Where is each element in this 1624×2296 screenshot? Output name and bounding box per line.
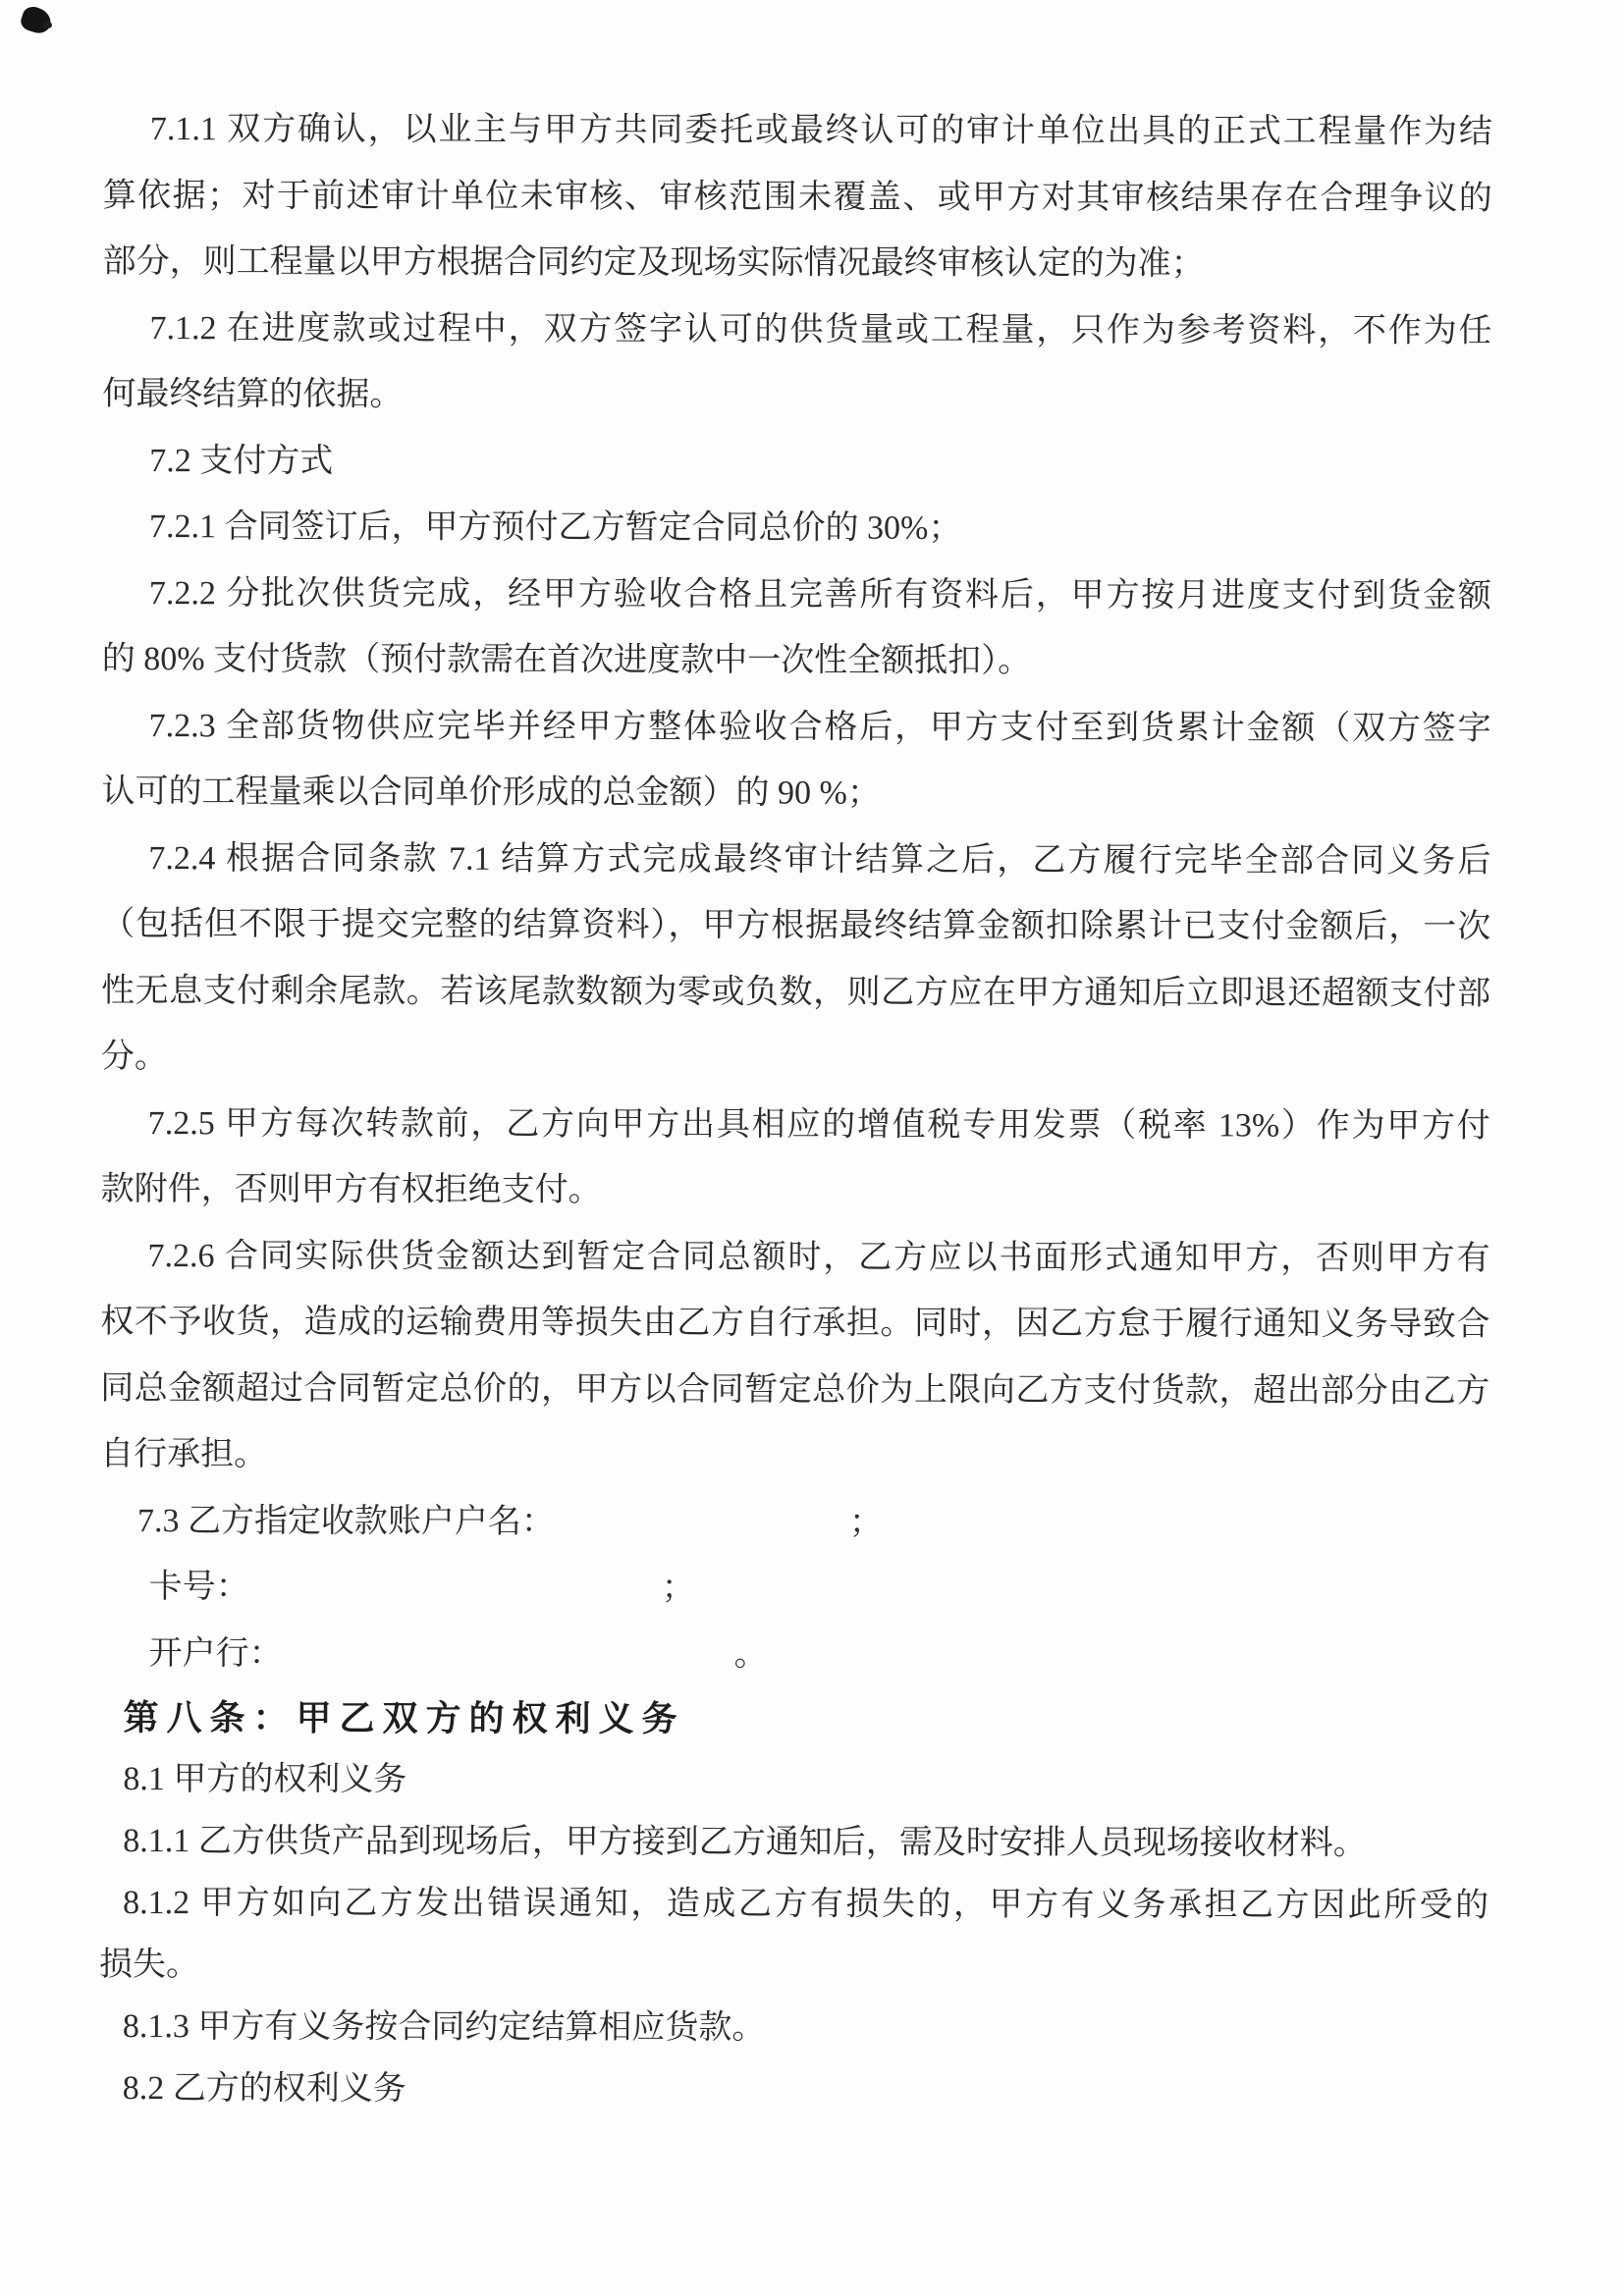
contract-line: 7.1.2 在进度款或过程中，双方签字认可的供货量或工程量，只作为参考资料，不作… <box>102 294 1491 363</box>
contract-line: 认可的工程量乘以合同单价形成的总金额）的 90 %； <box>101 759 1490 828</box>
contract-line: 部分，则工程量以甲方根据合同约定及现场实际情况最终审核认定的为准； <box>103 229 1492 297</box>
blank-field <box>555 1530 849 1532</box>
contract-line: 分。 <box>101 1024 1490 1093</box>
contract-line: 7.2 支付方式 <box>102 427 1491 496</box>
text-part: ； <box>849 1504 883 1540</box>
text-part: 7.3 乙方指定收款账户户名： <box>137 1503 555 1540</box>
contract-line: 损失。 <box>99 1934 1489 1999</box>
contract-line: 权不予收货，造成的运输费用等损失由乙方自行承担。同时，因乙方怠于履行通知义务导致… <box>100 1289 1489 1358</box>
contract-line: 8.1.3 甲方有义务按合同约定结算相应货款。 <box>99 1996 1489 2060</box>
contract-line: 8.1 甲方的权利义务 <box>99 1748 1489 1813</box>
contract-line-with-blank: 开户行：。 <box>100 1620 1489 1688</box>
contract-line: 7.2.1 合同签订后，甲方预付乙方暂定合同总价的 30%； <box>102 494 1491 562</box>
contract-line: 何最终结算的依据。 <box>102 361 1491 430</box>
contract-line: 7.2.2 分批次供货完成，经甲方验收合格且完善所有资料后，甲方按月进度支付到货… <box>102 560 1491 628</box>
contract-line: 同总金额超过合同暂定总价的，甲方以合同暂定总价为上限向乙方支付货款，超出部分由乙… <box>100 1355 1489 1423</box>
contract-line: 8.2 乙方的权利义务 <box>99 2057 1489 2122</box>
text-part: 。 <box>734 1636 768 1673</box>
contract-line: （包括但不限于提交完整的结算资料），甲方根据最终结算金额扣除累计已支付金额后，一… <box>101 891 1490 960</box>
contract-line-with-blank: 卡号：； <box>100 1554 1489 1623</box>
contract-line: 8.1.1 乙方供货产品到现场后，甲方接到乙方通知后，需及时安排人员现场接收材料… <box>99 1810 1489 1875</box>
contract-line: 的 80% 支付货款（预付款需在首次进度款中一次性全额抵扣）。 <box>102 626 1491 695</box>
contract-line: 7.2.4 根据合同条款 7.1 结算方式完成最终审计结算之后，乙方履行完毕全部… <box>101 825 1490 893</box>
contract-line: 自行承担。 <box>100 1421 1489 1490</box>
contract-line: 7.2.6 合同实际供货金额达到暂定合同总额时，乙方应以书面形式通知甲方，否则甲… <box>100 1222 1489 1291</box>
ink-blot-artifact <box>19 4 54 36</box>
contract-line: 算依据；对于前述审计单位未审核、审核范围未覆盖、或甲方对其审核结果存在合理争议的 <box>103 162 1492 231</box>
contract-text-block: 7.1.1 双方确认，以业主与甲方共同委托或最终认可的审计单位出具的正式工程量作… <box>99 96 1492 2122</box>
text-part: 卡号： <box>149 1569 249 1605</box>
blank-field <box>283 1663 734 1665</box>
document-page: 7.1.1 双方确认，以业主与甲方共同委托或最终认可的审计单位出具的正式工程量作… <box>0 0 1624 2296</box>
contract-line: 性无息支付剩余尾款。若该尾款数额为零或负数，则乙方应在甲方通知后立即退还超额支付… <box>101 957 1490 1026</box>
contract-line: 7.2.5 甲方每次转款前，乙方向甲方出具相应的增值税专用发票（税率 13%）作… <box>101 1090 1490 1158</box>
ink-blot-artifact-small <box>43 22 52 28</box>
blank-field <box>249 1596 662 1598</box>
text-part: ； <box>662 1570 695 1606</box>
section-heading: 第八条：甲乙双方的权利义务 <box>99 1686 1489 1751</box>
contract-line-with-blank: 7.3 乙方指定收款账户户名：； <box>100 1487 1489 1556</box>
contract-line: 8.1.2 甲方如向乙方发出错误通知，造成乙方有损失的，甲方有义务承担乙方因此所… <box>99 1872 1489 1937</box>
contract-line: 7.1.1 双方确认，以业主与甲方共同委托或最终认可的审计单位出具的正式工程量作… <box>103 96 1492 165</box>
contract-line: 款附件，否则甲方有权拒绝支付。 <box>101 1156 1490 1225</box>
text-part: 开户行： <box>149 1635 283 1672</box>
contract-line: 7.2.3 全部货物供应完毕并经甲方整体验收合格后，甲方支付至到货累计金额（双方… <box>102 692 1491 761</box>
